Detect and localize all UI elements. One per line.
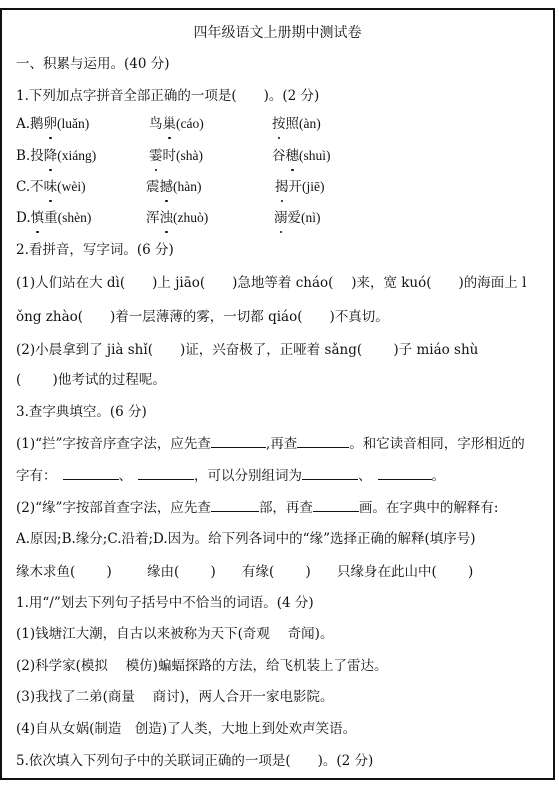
fill-blank[interactable] bbox=[378, 465, 432, 480]
option-d-row: D.慎重(shèn) 浑浊(zhuò) 溺爱(nì) bbox=[16, 206, 536, 230]
word-item: 只缘身在此山中( ) bbox=[337, 560, 473, 584]
option-b-row: B.投降(xiáng) 霎时(shà) 谷穗(shuì) bbox=[16, 144, 536, 168]
dotted-char: 揭 bbox=[275, 175, 289, 199]
question-4-stem: 1.用“/”划去下列句子括号中不恰当的词语。(4 分) bbox=[16, 591, 314, 615]
page-title: 四年级语文上册期中测试卷 bbox=[0, 21, 555, 45]
question-1-stem: 1.下列加点字拼音全部正确的一项是( )。(2 分) bbox=[16, 84, 319, 108]
section-heading: 一、积累与运用。(40 分) bbox=[16, 52, 170, 76]
word-item: 缘木求鱼( ) bbox=[16, 560, 112, 584]
fill-blank[interactable] bbox=[211, 497, 259, 512]
fill-blank[interactable] bbox=[302, 465, 358, 480]
option-a-item-3: 按照(àn) bbox=[272, 112, 321, 136]
dotted-char: 撼 bbox=[160, 175, 174, 199]
option-d-item-3: 溺爱(nì) bbox=[274, 206, 321, 230]
question-3-meanings: A.原因;B.缘分;C.沿着;D.因为。给下列各词中的“缘”选择正确的解释(填序… bbox=[16, 527, 476, 551]
option-a-row: A.鹅卵(luǎn) 鸟巢(cáo) 按照(àn) bbox=[16, 112, 536, 136]
question-2-sentence-2-line-2: ( )他考试的过程呢。 bbox=[16, 368, 166, 392]
fill-blank[interactable] bbox=[211, 433, 266, 448]
question-3-stem: 3.查字典填空。(6 分) bbox=[16, 400, 147, 424]
question-3-sentence-1-line-2: 字有：、，可以分别组词为、。 bbox=[16, 464, 445, 488]
dotted-char: 味 bbox=[44, 175, 58, 199]
option-b-item-2: 霎时(shà) bbox=[149, 144, 203, 168]
option-c-item-2: 震撼(hàn) bbox=[146, 175, 201, 199]
option-c-row: C.不味(wèi) 震撼(hàn) 揭开(jiē) bbox=[16, 175, 536, 199]
dotted-char: 穗 bbox=[286, 144, 300, 168]
dotted-char: 巢 bbox=[163, 112, 177, 136]
dotted-char: 慎 bbox=[31, 206, 45, 230]
option-c-item-3: 揭开(jiē) bbox=[275, 175, 325, 199]
dotted-char: 霎 bbox=[149, 144, 163, 168]
question-2-sentence-1-line-2: ǒng zhào( )着一层薄薄的雾，一切都 qiáo( )不真切。 bbox=[16, 305, 389, 329]
question-3-words-row: 缘木求鱼( ) 缘由( ) 有缘( ) 只缘身在此山中( ) bbox=[16, 560, 536, 584]
question-2-sentence-1-line-1: (1)人们站在大 dì( )上 jiāo( )急地等着 cháo( )来，宽 k… bbox=[16, 271, 551, 295]
question-3-sentence-1-line-1: (1)“拦”字按音序查字法，应先查,再查。和它读音相同，字形相近的 bbox=[16, 432, 525, 456]
option-d-item-2: 浑浊(zhuò) bbox=[146, 206, 208, 230]
option-b-item-1: B.投降(xiáng) bbox=[16, 144, 96, 168]
word-item: 有缘( ) bbox=[242, 560, 311, 584]
fill-blank[interactable] bbox=[313, 497, 359, 512]
question-2-sentence-2-line-1: (2)小晨拿到了 jià shǐ( )证，兴奋极了，正哑着 sǎng( )子 m… bbox=[16, 338, 478, 362]
question-5-stem: 5.依次填入下列句子中的关联词正确的一项是( )。(2 分) bbox=[16, 749, 373, 773]
option-c-item-1: C.不味(wèi) bbox=[16, 175, 86, 199]
dotted-char: 卵 bbox=[44, 112, 58, 136]
fill-blank[interactable] bbox=[297, 433, 349, 448]
question-4-item: (3)我找了二弟(商量 商讨)，两人合开一家电影院。 bbox=[16, 685, 333, 709]
question-2-stem: 2.看拼音，写字词。(6 分) bbox=[16, 238, 174, 262]
question-4-item: (4)自从女娲(制造 创造)了人类，大地上到处欢声笑语。 bbox=[16, 717, 356, 741]
option-a-item-2: 鸟巢(cáo) bbox=[149, 112, 204, 136]
dotted-char: 降 bbox=[44, 144, 58, 168]
dotted-char: 浊 bbox=[160, 206, 174, 230]
option-a-item-1: A.鹅卵(luǎn) bbox=[16, 112, 89, 136]
question-4-item: (2)科学家(模拟 模仿)蝙蝠探路的方法，给飞机装上了雷达。 bbox=[16, 654, 387, 678]
option-d-item-1: D.慎重(shèn) bbox=[16, 206, 91, 230]
fill-blank[interactable] bbox=[63, 465, 119, 480]
dotted-char: 溺 bbox=[274, 206, 288, 230]
option-b-item-3: 谷穗(shuì) bbox=[272, 144, 331, 168]
fill-blank[interactable] bbox=[138, 465, 194, 480]
word-item: 缘由( ) bbox=[147, 560, 216, 584]
question-4-item: (1)钱塘江大潮，自古以来被称为天下(奇观 奇闻)。 bbox=[16, 622, 333, 646]
dotted-char: 按 bbox=[272, 112, 286, 136]
question-3-sentence-2: (2)“缘”字按部首查字法，应先查部，再查画。在字典中的解释有: bbox=[16, 496, 499, 520]
